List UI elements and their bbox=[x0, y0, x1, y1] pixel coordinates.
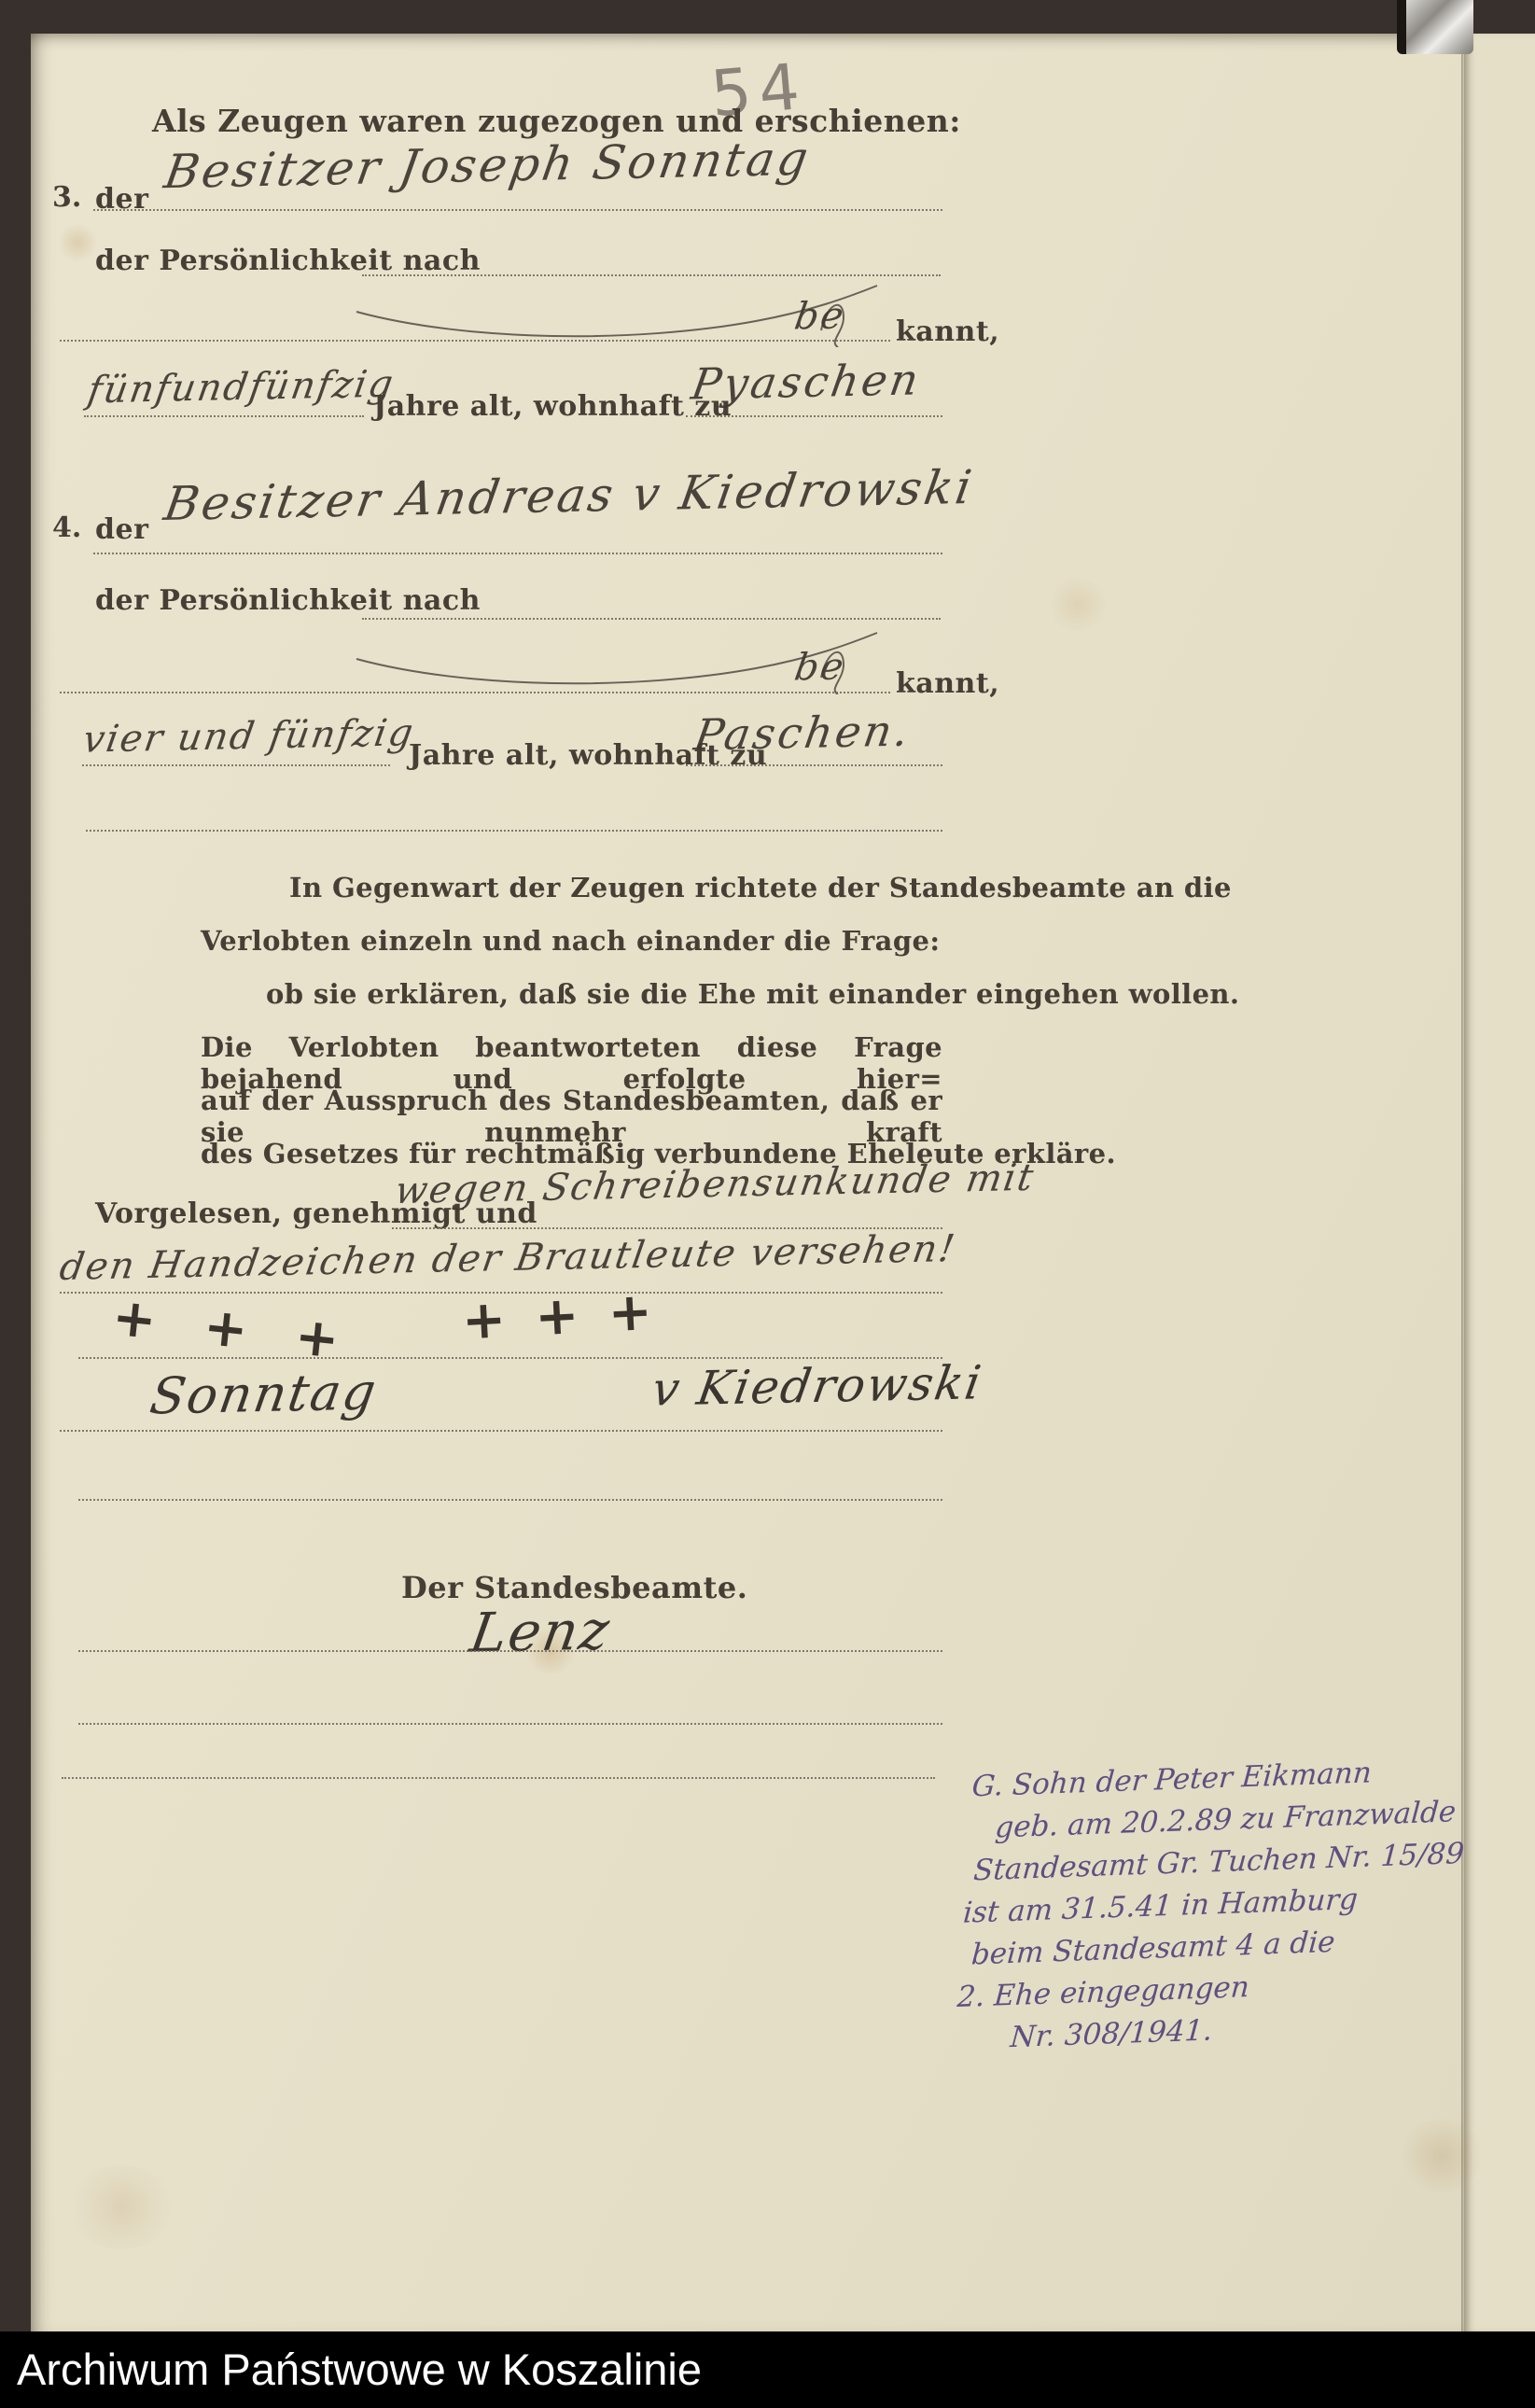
witness-3-number: 3. bbox=[52, 181, 81, 214]
binding-crease bbox=[1461, 34, 1464, 2331]
witness-3-age-label: Jahre alt, wohnhaft zu bbox=[373, 390, 732, 423]
witness-4-age-handwritten: vier und fünfzig bbox=[80, 711, 418, 761]
form-intro: Als Zeugen waren zugezogen und erschiene… bbox=[152, 103, 961, 139]
fill-in-line bbox=[686, 415, 942, 417]
declaration-line: Verlobten einzeln und nach einander die … bbox=[201, 925, 941, 957]
fill-in-line bbox=[60, 692, 890, 693]
fill-in-line bbox=[93, 209, 942, 211]
fill-in-line bbox=[86, 830, 942, 832]
witness-3-residence-handwritten: Pyaschen bbox=[688, 354, 924, 409]
witness-4-be-handwritten: be bbox=[791, 645, 848, 689]
fill-in-line bbox=[78, 1650, 942, 1652]
fill-in-line bbox=[82, 764, 390, 766]
fill-in-line bbox=[78, 1499, 942, 1501]
fill-in-line bbox=[62, 1777, 935, 1779]
marginal-note-1941: G. Sohn der Peter Eikmann geb. am 20.2.8… bbox=[953, 1750, 1440, 2061]
witness-4-article: der bbox=[95, 513, 148, 546]
handmark-crosses-right: + + + bbox=[460, 1281, 659, 1352]
fill-in-line bbox=[93, 553, 942, 554]
fill-in-line bbox=[60, 1430, 942, 1432]
witness-4-known-suffix: kannt, bbox=[896, 667, 999, 700]
adjacent-page-edge bbox=[1464, 34, 1535, 2331]
witness-4-number: 4. bbox=[52, 511, 81, 544]
witness-4-identity-label: der Persönlichkeit nach bbox=[95, 584, 481, 617]
archive-name: Archiwum Państwowe w Koszalinie bbox=[17, 2331, 702, 2408]
witness-3-age-handwritten: fünfundfünfzig bbox=[85, 363, 398, 413]
fill-in-line bbox=[60, 340, 890, 342]
witness-3-identity-label: der Persönlichkeit nach bbox=[95, 245, 481, 277]
witness-4-signature: v Kiedrowski bbox=[649, 1355, 986, 1416]
declaration-line: In Gegenwart der Zeugen richtete der Sta… bbox=[289, 872, 1232, 903]
fill-in-line bbox=[362, 274, 941, 276]
fill-in-line bbox=[84, 415, 364, 417]
binding-staple-icon bbox=[1397, 0, 1473, 54]
witness-3-be-handwritten: be bbox=[791, 294, 848, 338]
document-scan: 54 Als Zeugen waren zugezogen und erschi… bbox=[0, 0, 1535, 2408]
archive-footer-bar: Archiwum Państwowe w Koszalinie bbox=[0, 2331, 1535, 2408]
witness-3-signature: Sonntag bbox=[147, 1362, 382, 1425]
registrar-signature: Lenz bbox=[466, 1598, 615, 1664]
fill-in-line bbox=[78, 1723, 942, 1725]
declaration-line: ob sie erklären, daß sie die Ehe mit ein… bbox=[266, 978, 1239, 1010]
fill-in-line bbox=[686, 764, 942, 766]
witness-4-residence-handwritten: Paschen. bbox=[691, 706, 914, 761]
witness-3-known-suffix: kannt, bbox=[896, 315, 999, 348]
fill-in-line bbox=[362, 618, 941, 620]
